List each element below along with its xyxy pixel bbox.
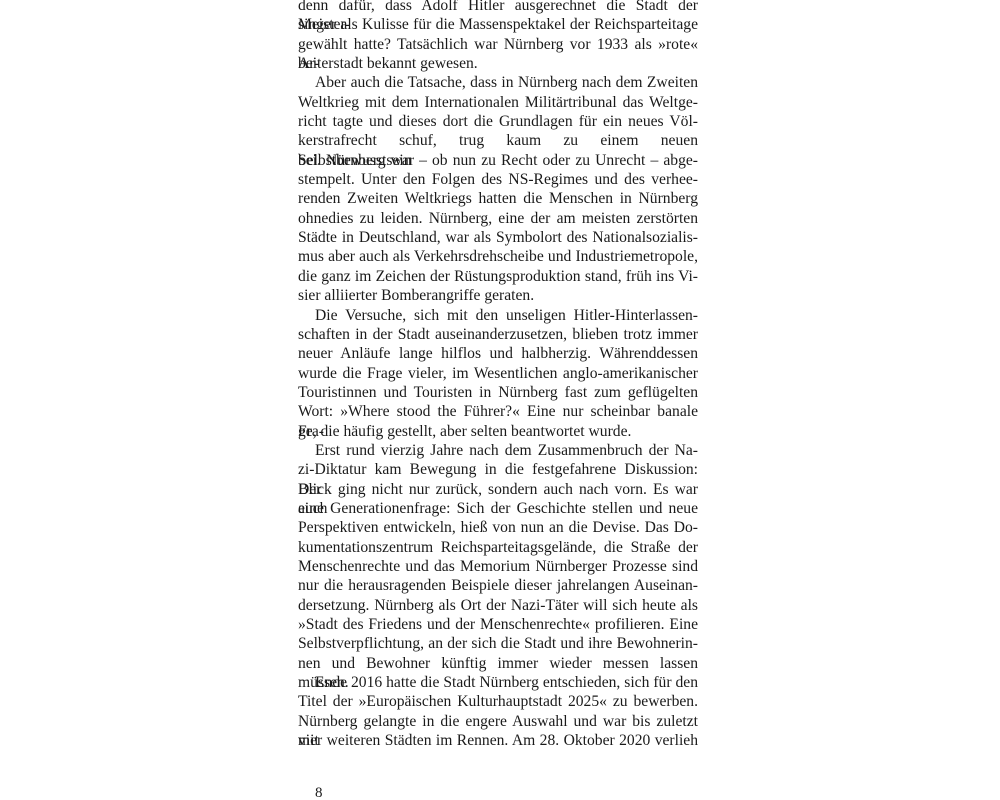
text-line: kerstrafrecht schuf, trug kaum zu einem … [298, 131, 698, 150]
text-line: wurde die Frage vieler, im Wesentlichen … [298, 364, 698, 383]
text-line: kumentationszentrum Reichsparteitagsgelä… [298, 538, 698, 557]
text-line: Ende 2016 hatte die Stadt Nürnberg entsc… [298, 673, 698, 692]
text-line: Wort: »Where stood the Führer?« Eine nur… [298, 402, 698, 421]
text-line: Nürnberg gelangte in die engere Auswahl … [298, 712, 698, 731]
paragraph: Die Versuche, sich mit den unseligen Hit… [298, 306, 698, 441]
text-line: zi-Diktatur kam Bewegung in die festgefa… [298, 460, 698, 479]
text-line: »Stadt des Friedens und der Menschenrech… [298, 615, 698, 634]
text-line: ge, die häufig gestellt, aber selten bea… [298, 422, 698, 441]
text-line: dersetzung. Nürnberg als Ort der Nazi-Tä… [298, 596, 698, 615]
paragraph: Erst rund vierzig Jahre nach dem Zusamme… [298, 441, 698, 673]
text-line: singer als Kulisse für die Massenspektak… [298, 15, 698, 34]
text-line: ohnedies zu leiden. Nürnberg, eine der a… [298, 209, 698, 228]
page-number: 8 [315, 785, 323, 800]
text-line: Selbstverpflichtung, an der sich die Sta… [298, 634, 698, 653]
text-line: mus aber auch als Verkehrsdrehscheibe un… [298, 247, 698, 266]
text-line: denn dafür, dass Adolf Hitler ausgerechn… [298, 0, 698, 15]
text-line: Blick ging nicht nur zurück, sondern auc… [298, 480, 698, 499]
text-line: Touristinnen und Touristen in Nürnberg f… [298, 383, 698, 402]
text-line: nur die herausragenden Beispiele dieser … [298, 576, 698, 595]
text-line: Aber auch die Tatsache, dass in Nürnberg… [298, 73, 698, 92]
text-line: nen und Bewohner künftig immer wieder me… [298, 654, 698, 673]
text-line: Erst rund vierzig Jahre nach dem Zusamme… [298, 441, 698, 460]
text-line: die ganz im Zeichen der Rüstungsprodukti… [298, 267, 698, 286]
text-line: Die Versuche, sich mit den unseligen Hit… [298, 306, 698, 325]
text-line: Weltkrieg mit dem Internationalen Militä… [298, 93, 698, 112]
text-line: beiterstadt bekannt gewesen. [298, 54, 698, 73]
text-line: stempelt. Unter den Folgen des NS-Regime… [298, 170, 698, 189]
text-line: vier weiteren Städten im Rennen. Am 28. … [298, 731, 698, 750]
text-line: Städte in Deutschland, war als Symbolort… [298, 228, 698, 247]
text-line: Titel der »Europäischen Kulturhauptstadt… [298, 692, 698, 711]
text-line: eine Generationenfrage: Sich der Geschic… [298, 499, 698, 518]
text-line: schaften in der Stadt auseinanderzusetze… [298, 325, 698, 344]
text-line: Perspektiven entwickeln, hieß von nun an… [298, 518, 698, 537]
paragraph: Ende 2016 hatte die Stadt Nürnberg entsc… [298, 673, 698, 750]
text-line: richt tagte und dieses dort die Grundlag… [298, 112, 698, 131]
text-line: gewählt hatte? Tatsächlich war Nürnberg … [298, 35, 698, 54]
text-line: bei. Nürnberg war – ob nun zu Recht oder… [298, 151, 698, 170]
text-line: sier alliierter Bomberangriffe geraten. [298, 286, 698, 305]
body-text: denn dafür, dass Adolf Hitler ausgerechn… [298, 0, 698, 750]
text-line: neuer Anläufe lange hilflos und halbherz… [298, 344, 698, 363]
paragraph: Aber auch die Tatsache, dass in Nürnberg… [298, 73, 698, 305]
text-line: renden Zweiten Weltkriegs hatten die Men… [298, 189, 698, 208]
paragraph: denn dafür, dass Adolf Hitler ausgerechn… [298, 0, 698, 73]
text-line: Menschenrechte und das Memorium Nürnberg… [298, 557, 698, 576]
book-page: denn dafür, dass Adolf Hitler ausgerechn… [0, 0, 1000, 800]
